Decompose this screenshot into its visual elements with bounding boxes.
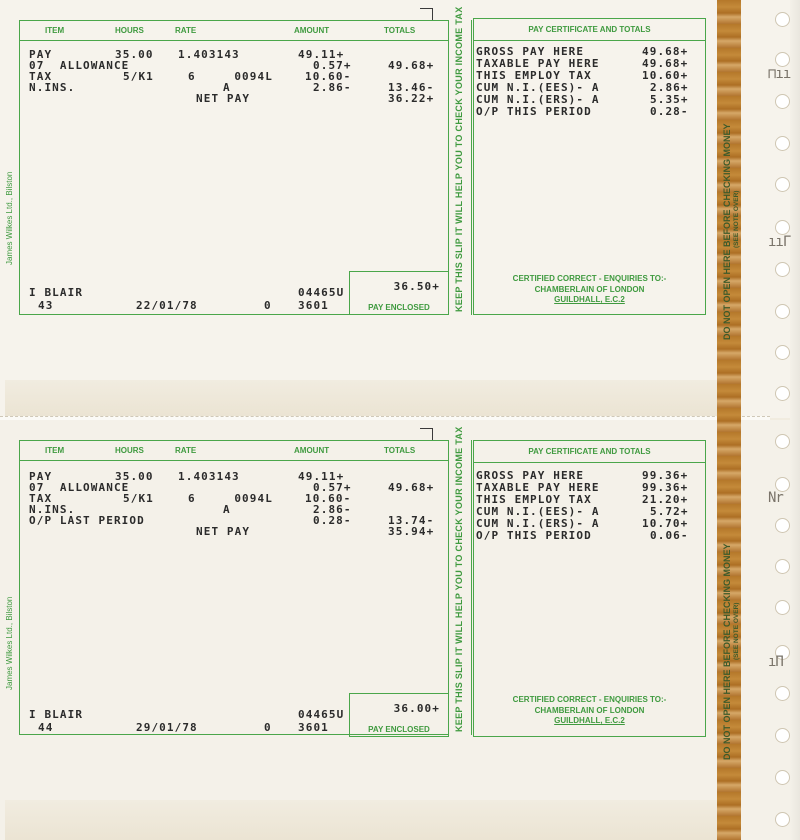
printer-mark: Nr	[768, 490, 783, 506]
cert-footer-2: CHAMBERLAIN OF LONDON	[474, 706, 705, 716]
strip-warning: DO NOT OPEN HERE BEFORE CHECKING MONEY	[722, 123, 732, 340]
cert-footer-3: GUILDHALL, E.C.2	[554, 295, 625, 304]
pay-certificate-box: PAY CERTIFICATE AND TOTALS GROSS PAY HER…	[473, 18, 706, 315]
certificate-title: PAY CERTIFICATE AND TOTALS	[474, 441, 705, 463]
pay-certificate-box: PAY CERTIFICATE AND TOTALS GROSS PAY HER…	[473, 440, 706, 737]
printer-mark: ⊓ıı	[768, 66, 790, 82]
line-rate: A	[223, 503, 231, 516]
week-number: 43	[38, 299, 53, 312]
pay-enclosed-value: 36.50+	[394, 280, 440, 293]
cert-footer-1: CERTIFIED CORRECT - ENQUIRIES TO:-	[474, 274, 705, 284]
sprocket-hole	[775, 304, 790, 319]
line-amount: 0.28-	[313, 514, 352, 527]
certificate-title: PAY CERTIFICATE AND TOTALS	[474, 19, 705, 41]
cert-value: 0.06-	[650, 529, 689, 542]
sprocket-hole	[775, 94, 790, 109]
line-total: 49.68+	[388, 59, 434, 72]
cert-value: 0.28-	[650, 105, 689, 118]
employer-name: James Wilkes Ltd., Bilston	[5, 172, 14, 265]
code-zero: 0	[264, 299, 272, 312]
paper-edge	[790, 0, 800, 840]
cert-footer-3: GUILDHALL, E.C.2	[554, 716, 625, 725]
col-amount: AMOUNT	[294, 446, 329, 455]
line-amount: 2.86-	[313, 81, 352, 94]
col-amount: AMOUNT	[294, 26, 329, 35]
line-rate: 1.403143	[178, 470, 240, 483]
col-totals: TOTALS	[384, 446, 415, 455]
pay-enclosed-label: PAY ENCLOSED	[350, 725, 448, 734]
pay-details-box: ITEM HOURS RATE AMOUNT TOTALS PAY 35.00 …	[19, 440, 449, 735]
pay-enclosed-label: PAY ENCLOSED	[350, 303, 448, 312]
column-header-row: ITEM HOURS RATE AMOUNT TOTALS	[20, 441, 448, 461]
employer-name: James Wilkes Ltd., Bilston	[5, 597, 14, 690]
sprocket-hole	[775, 345, 790, 360]
sprocket-hole	[775, 220, 790, 235]
sprocket-hole	[775, 386, 790, 401]
col-rate: RATE	[175, 26, 196, 35]
reference-1: 04465U	[298, 708, 344, 721]
sprocket-hole	[775, 434, 790, 449]
strip-note: (SEE NOTE OVER)	[733, 191, 740, 248]
sprocket-hole	[775, 52, 790, 67]
col-item: ITEM	[45, 446, 64, 455]
net-pay-value: 35.94+	[388, 525, 434, 538]
net-pay-value: 36.22+	[388, 92, 434, 105]
sprocket-hole	[775, 136, 790, 151]
sprocket-hole	[775, 559, 790, 574]
sprocket-hole	[775, 177, 790, 192]
sprocket-hole	[775, 262, 790, 277]
divider	[471, 20, 472, 315]
keep-slip-notice: KEEP THIS SLIP IT WILL HELP YOU TO CHECK…	[454, 6, 464, 312]
column-header-row: ITEM HOURS RATE AMOUNT TOTALS	[20, 21, 448, 41]
divider	[471, 440, 472, 735]
fold-shadow	[5, 380, 725, 416]
tear-open-strip[interactable]: DO NOT OPEN HERE BEFORE CHECKING MONEY (…	[717, 0, 741, 840]
pay-details-box: ITEM HOURS RATE AMOUNT TOTALS PAY 35.00 …	[19, 20, 449, 315]
strip-note: (SEE NOTE OVER)	[733, 603, 740, 660]
line-rate: 1.403143	[178, 48, 240, 61]
sprocket-hole	[775, 12, 790, 27]
reference-2: 3601	[298, 721, 329, 734]
strip-warning: DO NOT OPEN HERE BEFORE CHECKING MONEY	[722, 543, 732, 760]
code-zero: 0	[264, 721, 272, 734]
col-hours: HOURS	[115, 446, 144, 455]
line-hours: 5/K1	[123, 70, 154, 83]
week-number: 44	[38, 721, 53, 734]
col-hours: HOURS	[115, 26, 144, 35]
cert-label: O/P THIS PERIOD	[476, 529, 592, 542]
pay-enclosed-box: 36.50+ PAY ENCLOSED	[349, 271, 449, 315]
sprocket-hole	[775, 518, 790, 533]
pay-enclosed-box: 36.00+ PAY ENCLOSED	[349, 693, 449, 737]
col-rate: RATE	[175, 446, 196, 455]
line-hours: 5/K1	[123, 492, 154, 505]
col-item: ITEM	[45, 26, 64, 35]
keep-slip-notice: KEEP THIS SLIP IT WILL HELP YOU TO CHECK…	[454, 426, 464, 732]
employee-name: I BLAIR	[29, 708, 83, 721]
line-item: O/P LAST PERIOD	[29, 514, 145, 527]
line-total: 49.68+	[388, 481, 434, 494]
pay-date: 29/01/78	[136, 721, 198, 734]
net-pay-label: NET PAY	[196, 525, 250, 538]
line-item: N.INS.	[29, 81, 75, 94]
sprocket-hole	[775, 728, 790, 743]
reference-1: 04465U	[298, 286, 344, 299]
pay-date: 22/01/78	[136, 299, 198, 312]
sprocket-hole	[775, 812, 790, 827]
sprocket-hole	[775, 686, 790, 701]
net-pay-label: NET PAY	[196, 92, 250, 105]
employee-name: I BLAIR	[29, 286, 83, 299]
pay-enclosed-value: 36.00+	[394, 702, 440, 715]
col-totals: TOTALS	[384, 26, 415, 35]
cert-label: O/P THIS PERIOD	[476, 105, 592, 118]
printer-mark: ıΠ	[768, 654, 783, 670]
cert-footer-2: CHAMBERLAIN OF LONDON	[474, 285, 705, 295]
printer-mark: ııΓ	[768, 234, 790, 250]
sprocket-hole	[775, 770, 790, 785]
perforation-tear-line[interactable]	[0, 416, 770, 420]
fold-shadow	[5, 800, 725, 840]
cert-footer-1: CERTIFIED CORRECT - ENQUIRIES TO:-	[474, 695, 705, 705]
reference-2: 3601	[298, 299, 329, 312]
sprocket-hole	[775, 600, 790, 615]
